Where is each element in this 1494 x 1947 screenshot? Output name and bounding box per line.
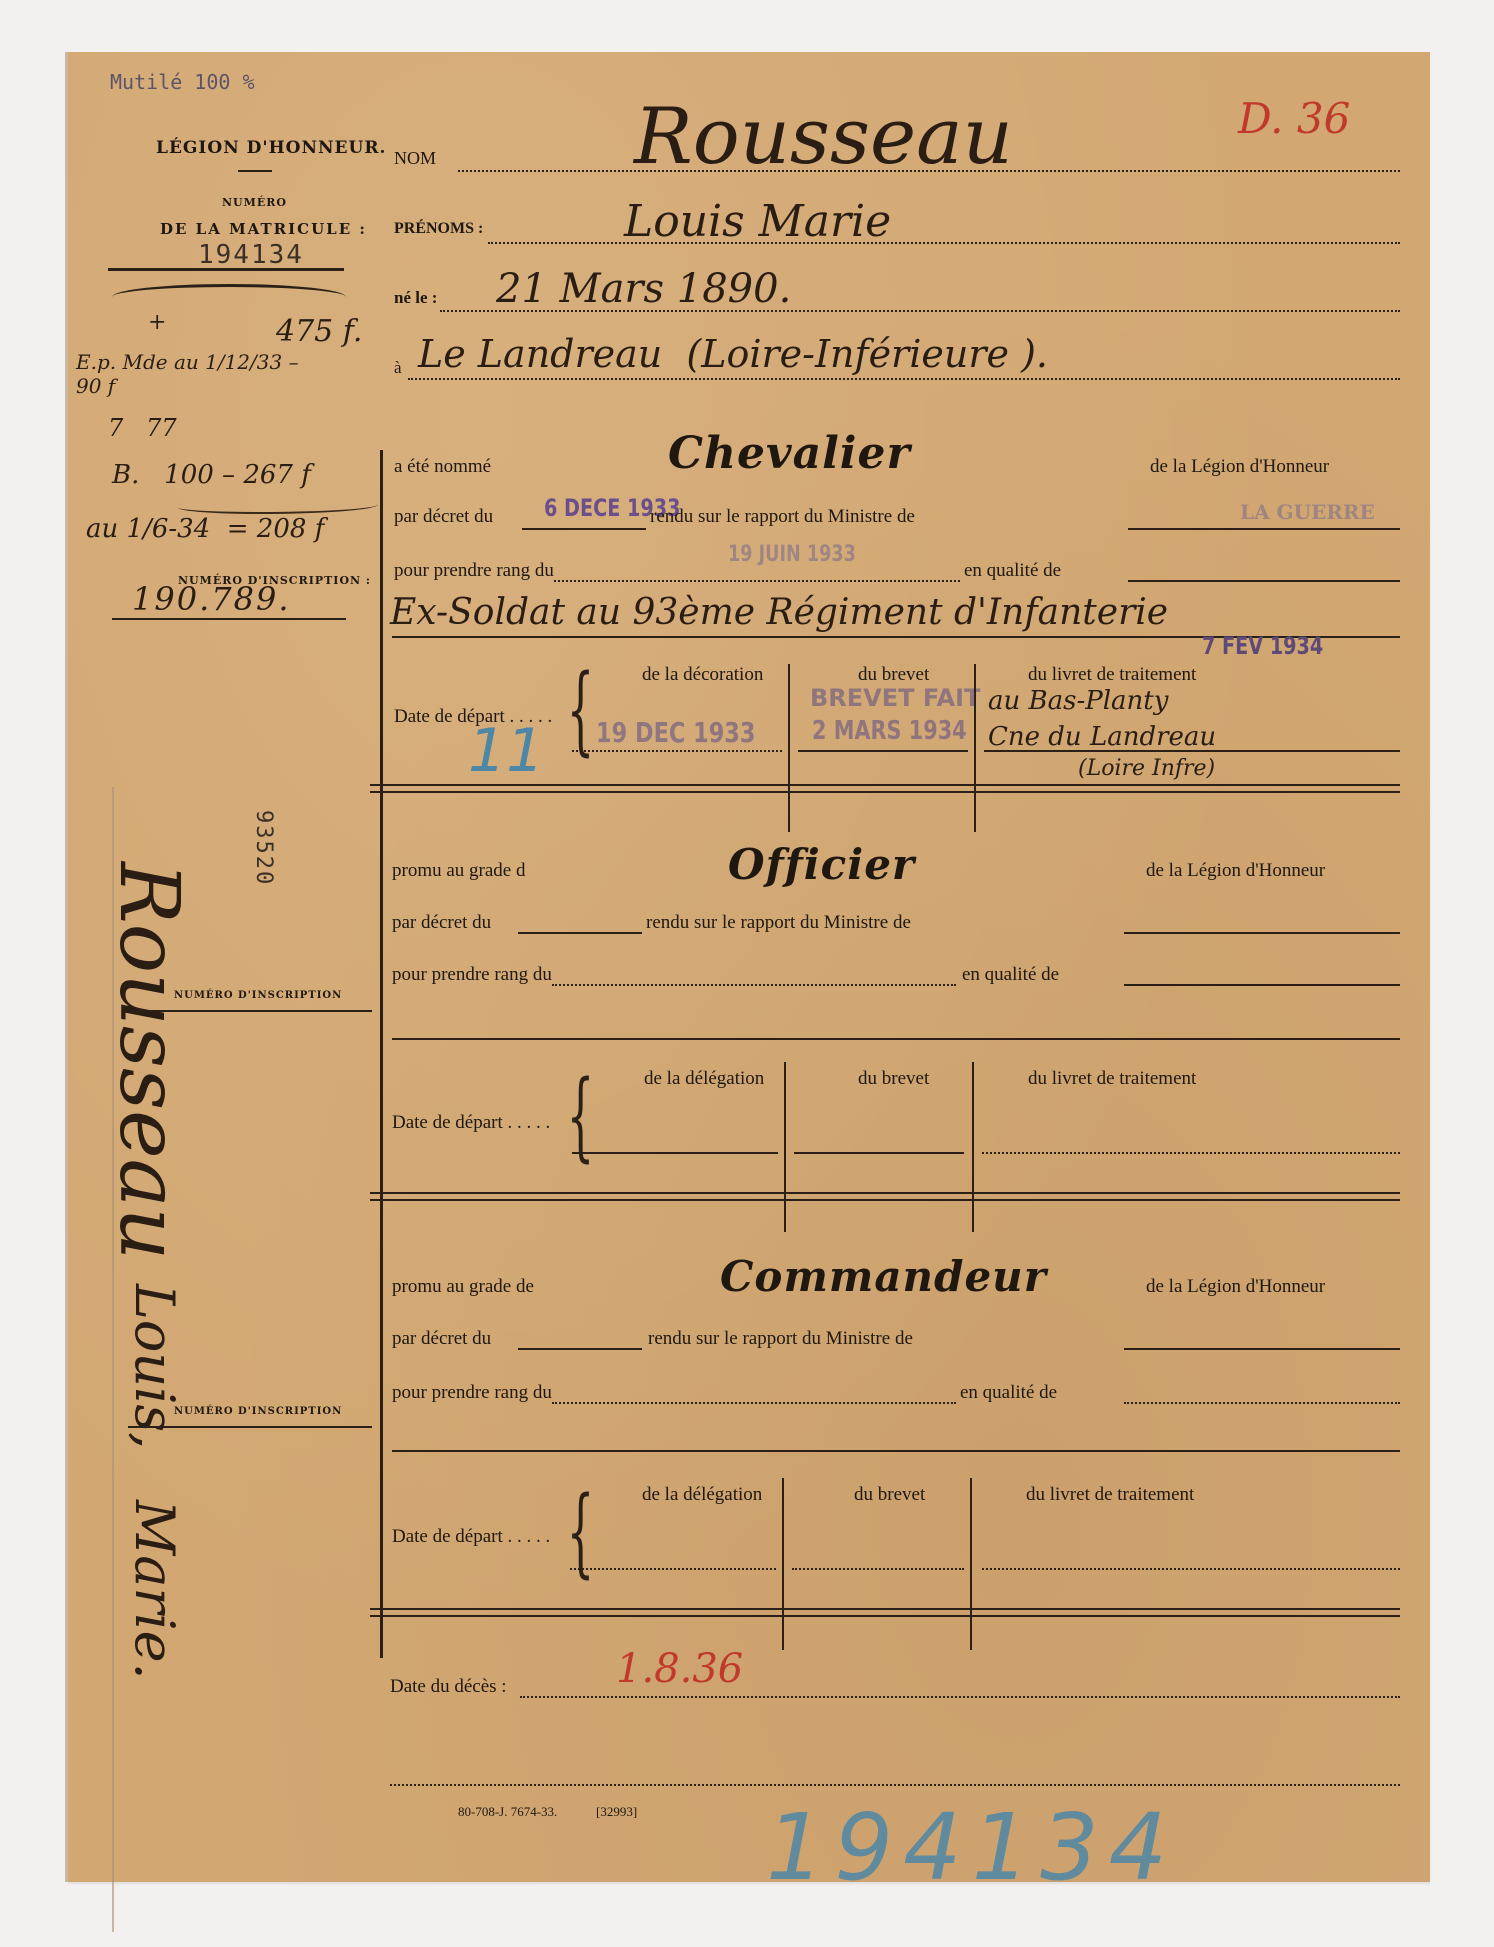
commandeur-rang-line [552, 1402, 956, 1404]
chevalier-col-livret-line [984, 750, 1400, 752]
commandeur-date-depart-label: Date de départ . . . . . [392, 1526, 550, 1548]
legion-header: LÉGION D'HONNEUR. [156, 138, 386, 158]
ne-le-label: né le : [394, 288, 437, 308]
chevalier-livret-line-1: au Bas-Planty [988, 686, 1168, 716]
vertical-given-2: Marie. [123, 1500, 186, 1680]
chevalier-col-livret-header: du livret de traitement [1028, 664, 1196, 686]
commandeur-section-divider [370, 1608, 1400, 1617]
deces-line [520, 1696, 1400, 1698]
blue-pencil-number: 194134 [766, 1794, 1177, 1901]
chevalier-livret-line-3: (Loire Infre) [1078, 756, 1215, 781]
chevalier-decret-label: par décret du [394, 506, 493, 528]
commandeur-col-brevet-header: du brevet [854, 1484, 925, 1506]
commandeur-suffix: de la Légion d'Honneur [1146, 1276, 1325, 1298]
commandeur-rapport-label: rendu sur le rapport du Ministre de [648, 1328, 913, 1350]
officier-col-delegation-header: de la délégation [644, 1068, 764, 1090]
officier-col-livret-header: du livret de traitement [1028, 1068, 1196, 1090]
matricule-label-1: NUMÉRO [222, 196, 287, 209]
chevalier-livret-stamp: 7 FEV 1934 [1202, 632, 1323, 660]
print-code-bracket: [32993] [596, 1804, 637, 1820]
inscription-label-3: NUMÉRO D'INSCRIPTION [174, 1406, 342, 1417]
stamp-mutile: Mutilé 100 % [110, 70, 255, 94]
chevalier-section-divider [370, 784, 1400, 793]
commandeur-qualite-underline [392, 1450, 1400, 1452]
grade-officier: Officier [728, 840, 915, 889]
nom-label: NOM [394, 148, 436, 169]
chevalier-rang-label: pour prendre rang du [394, 560, 554, 582]
commandeur-col-brevet-line [792, 1568, 964, 1570]
officier-ministre-line [1124, 932, 1400, 934]
officier-col-brevet-line [794, 1152, 964, 1154]
officier-qualite-line [1124, 984, 1400, 986]
chevalier-intro: a été nommé [394, 456, 491, 478]
officier-left-border [380, 794, 383, 1250]
vertical-name: Rousseau [101, 862, 196, 1260]
officier-qualite-underline [392, 1038, 1400, 1040]
print-code: 80-708-J. 7674-33. [458, 1804, 557, 1820]
lieu-label: à [394, 358, 402, 378]
inscription-underline [112, 618, 346, 620]
commandeur-col-divider-1 [782, 1478, 784, 1650]
chevalier-brevet-stamp-2: 2 MARS 1934 [812, 716, 967, 746]
commandeur-col-delegation-header: de la délégation [642, 1484, 762, 1506]
commandeur-decret-line [518, 1348, 642, 1350]
chevalier-left-border [380, 450, 383, 834]
chevalier-ministre-stamp: LA GUERRE [1240, 500, 1375, 524]
nom-value: Rousseau [634, 92, 1013, 182]
reference-mark: D. 36 [1238, 94, 1350, 143]
matricule-number: 194134 [198, 240, 304, 270]
chevalier-decret-line [522, 528, 646, 530]
chevalier-suffix: de la Légion d'Honneur [1150, 456, 1329, 478]
deces-label: Date du décès : [390, 1676, 507, 1698]
chevalier-rang-line [554, 580, 960, 582]
matricule-underline [108, 268, 344, 271]
officier-col-brevet-header: du brevet [858, 1068, 929, 1090]
matricule-label-2: DE LA MATRICULE : [160, 220, 367, 238]
annotation-b-100: B. 100 – 267 f [112, 460, 311, 490]
officier-suffix: de la Légion d'Honneur [1146, 860, 1325, 882]
commandeur-col-divider-2 [970, 1478, 972, 1650]
decorative-brace-rule [112, 284, 346, 297]
officier-col-livret-line [982, 1152, 1400, 1154]
commandeur-left-border [380, 1202, 383, 1658]
officier-decret-label: par décret du [392, 912, 491, 934]
officier-col-delegation-line [572, 1152, 778, 1154]
chevalier-rapport-label: rendu sur le rapport du Ministre de [650, 506, 915, 528]
commandeur-decret-label: par décret du [392, 1328, 491, 1350]
officier-date-depart-label: Date de départ . . . . . [392, 1112, 550, 1134]
vertical-given-1: Louis, [123, 1284, 186, 1449]
lieu-line [408, 378, 1400, 380]
annotation-475: 475 f. [276, 314, 362, 349]
chevalier-qualite-value: Ex-Soldat au 93ème Régiment d'Infanterie [390, 592, 1168, 633]
chevalier-col-divider-2 [974, 664, 976, 832]
deces-value: 1.8.36 [616, 1646, 743, 1692]
prenoms-label: PRÉNOMS : [394, 220, 483, 238]
officier-section-divider [370, 1192, 1400, 1201]
chevalier-brevet-stamp-1: BREVET FAIT [810, 684, 980, 712]
commandeur-col-delegation-line [570, 1568, 776, 1570]
grade-chevalier: Chevalier [668, 428, 911, 479]
officier-decret-line [518, 932, 642, 934]
commandeur-brace: { [567, 1476, 594, 1588]
commandeur-rang-label: pour prendre rang du [392, 1382, 552, 1404]
annotation-plus: + [148, 310, 166, 335]
annotation-au-1-6-34: au 1/6-34 = 208 f [86, 514, 324, 544]
chevalier-col-decoration-line [572, 750, 782, 752]
grade-commandeur: Commandeur [720, 1252, 1047, 1301]
officier-rang-label: pour prendre rang du [392, 964, 552, 986]
document-sheet: Mutilé 100 % LÉGION D'HONNEUR. NUMÉRO DE… [68, 52, 1430, 1882]
officier-intro: promu au grade d [392, 860, 525, 882]
vertical-stamp-number: 93520 [251, 810, 276, 886]
annotation-curve [178, 498, 378, 514]
chevalier-col-divider-1 [788, 664, 790, 832]
chevalier-livret-line-2: Cne du Landreau [988, 722, 1216, 752]
chevalier-qualite-line [1128, 580, 1400, 582]
commandeur-intro: promu au grade de [392, 1276, 534, 1298]
chevalier-col-decoration-value: 19 DEC 1933 [596, 716, 755, 749]
inscription-label-2: NUMÉRO D'INSCRIPTION [174, 990, 342, 1001]
chevalier-qualite-label: en qualité de [964, 560, 1061, 582]
commandeur-qualite-label: en qualité de [960, 1382, 1057, 1404]
inscription-rule-2 [128, 1010, 372, 1012]
chevalier-date-depart-mark: 11 [468, 716, 544, 786]
officier-col-divider-1 [784, 1062, 786, 1232]
lieu-value: Le Landreau (Loire-Inférieure ). [418, 332, 1048, 376]
officier-brace: { [567, 1060, 594, 1172]
chevalier-col-brevet-header: du brevet [858, 664, 929, 686]
chevalier-col-decoration-header: de la décoration [642, 664, 763, 686]
officier-rapport-label: rendu sur le rapport du Ministre de [646, 912, 911, 934]
commandeur-col-livret-header: du livret de traitement [1026, 1484, 1194, 1506]
inscription-number: 190.789. [132, 580, 291, 618]
chevalier-col-brevet-line [798, 750, 968, 752]
officier-col-divider-2 [972, 1062, 974, 1232]
officier-qualite-label: en qualité de [962, 964, 1059, 986]
chevalier-ministre-line [1128, 528, 1400, 530]
chevalier-rang-stamp: 19 JUIN 1933 [728, 542, 856, 567]
footer-rule [390, 1784, 1400, 1786]
annotation-7-77: 7 77 [108, 414, 177, 442]
header-rule [238, 170, 272, 172]
commandeur-ministre-line [1124, 1348, 1400, 1350]
commandeur-col-livret-line [982, 1568, 1400, 1570]
prenoms-value: Louis Marie [624, 196, 891, 247]
commandeur-qualite-line [1124, 1402, 1400, 1404]
inscription-rule-3 [128, 1426, 372, 1428]
annotation-ep: E.p. Mde au 1/12/33 – 90 f [76, 350, 316, 398]
officier-rang-line [552, 984, 956, 986]
ne-le-value: 21 Mars 1890. [496, 266, 791, 312]
